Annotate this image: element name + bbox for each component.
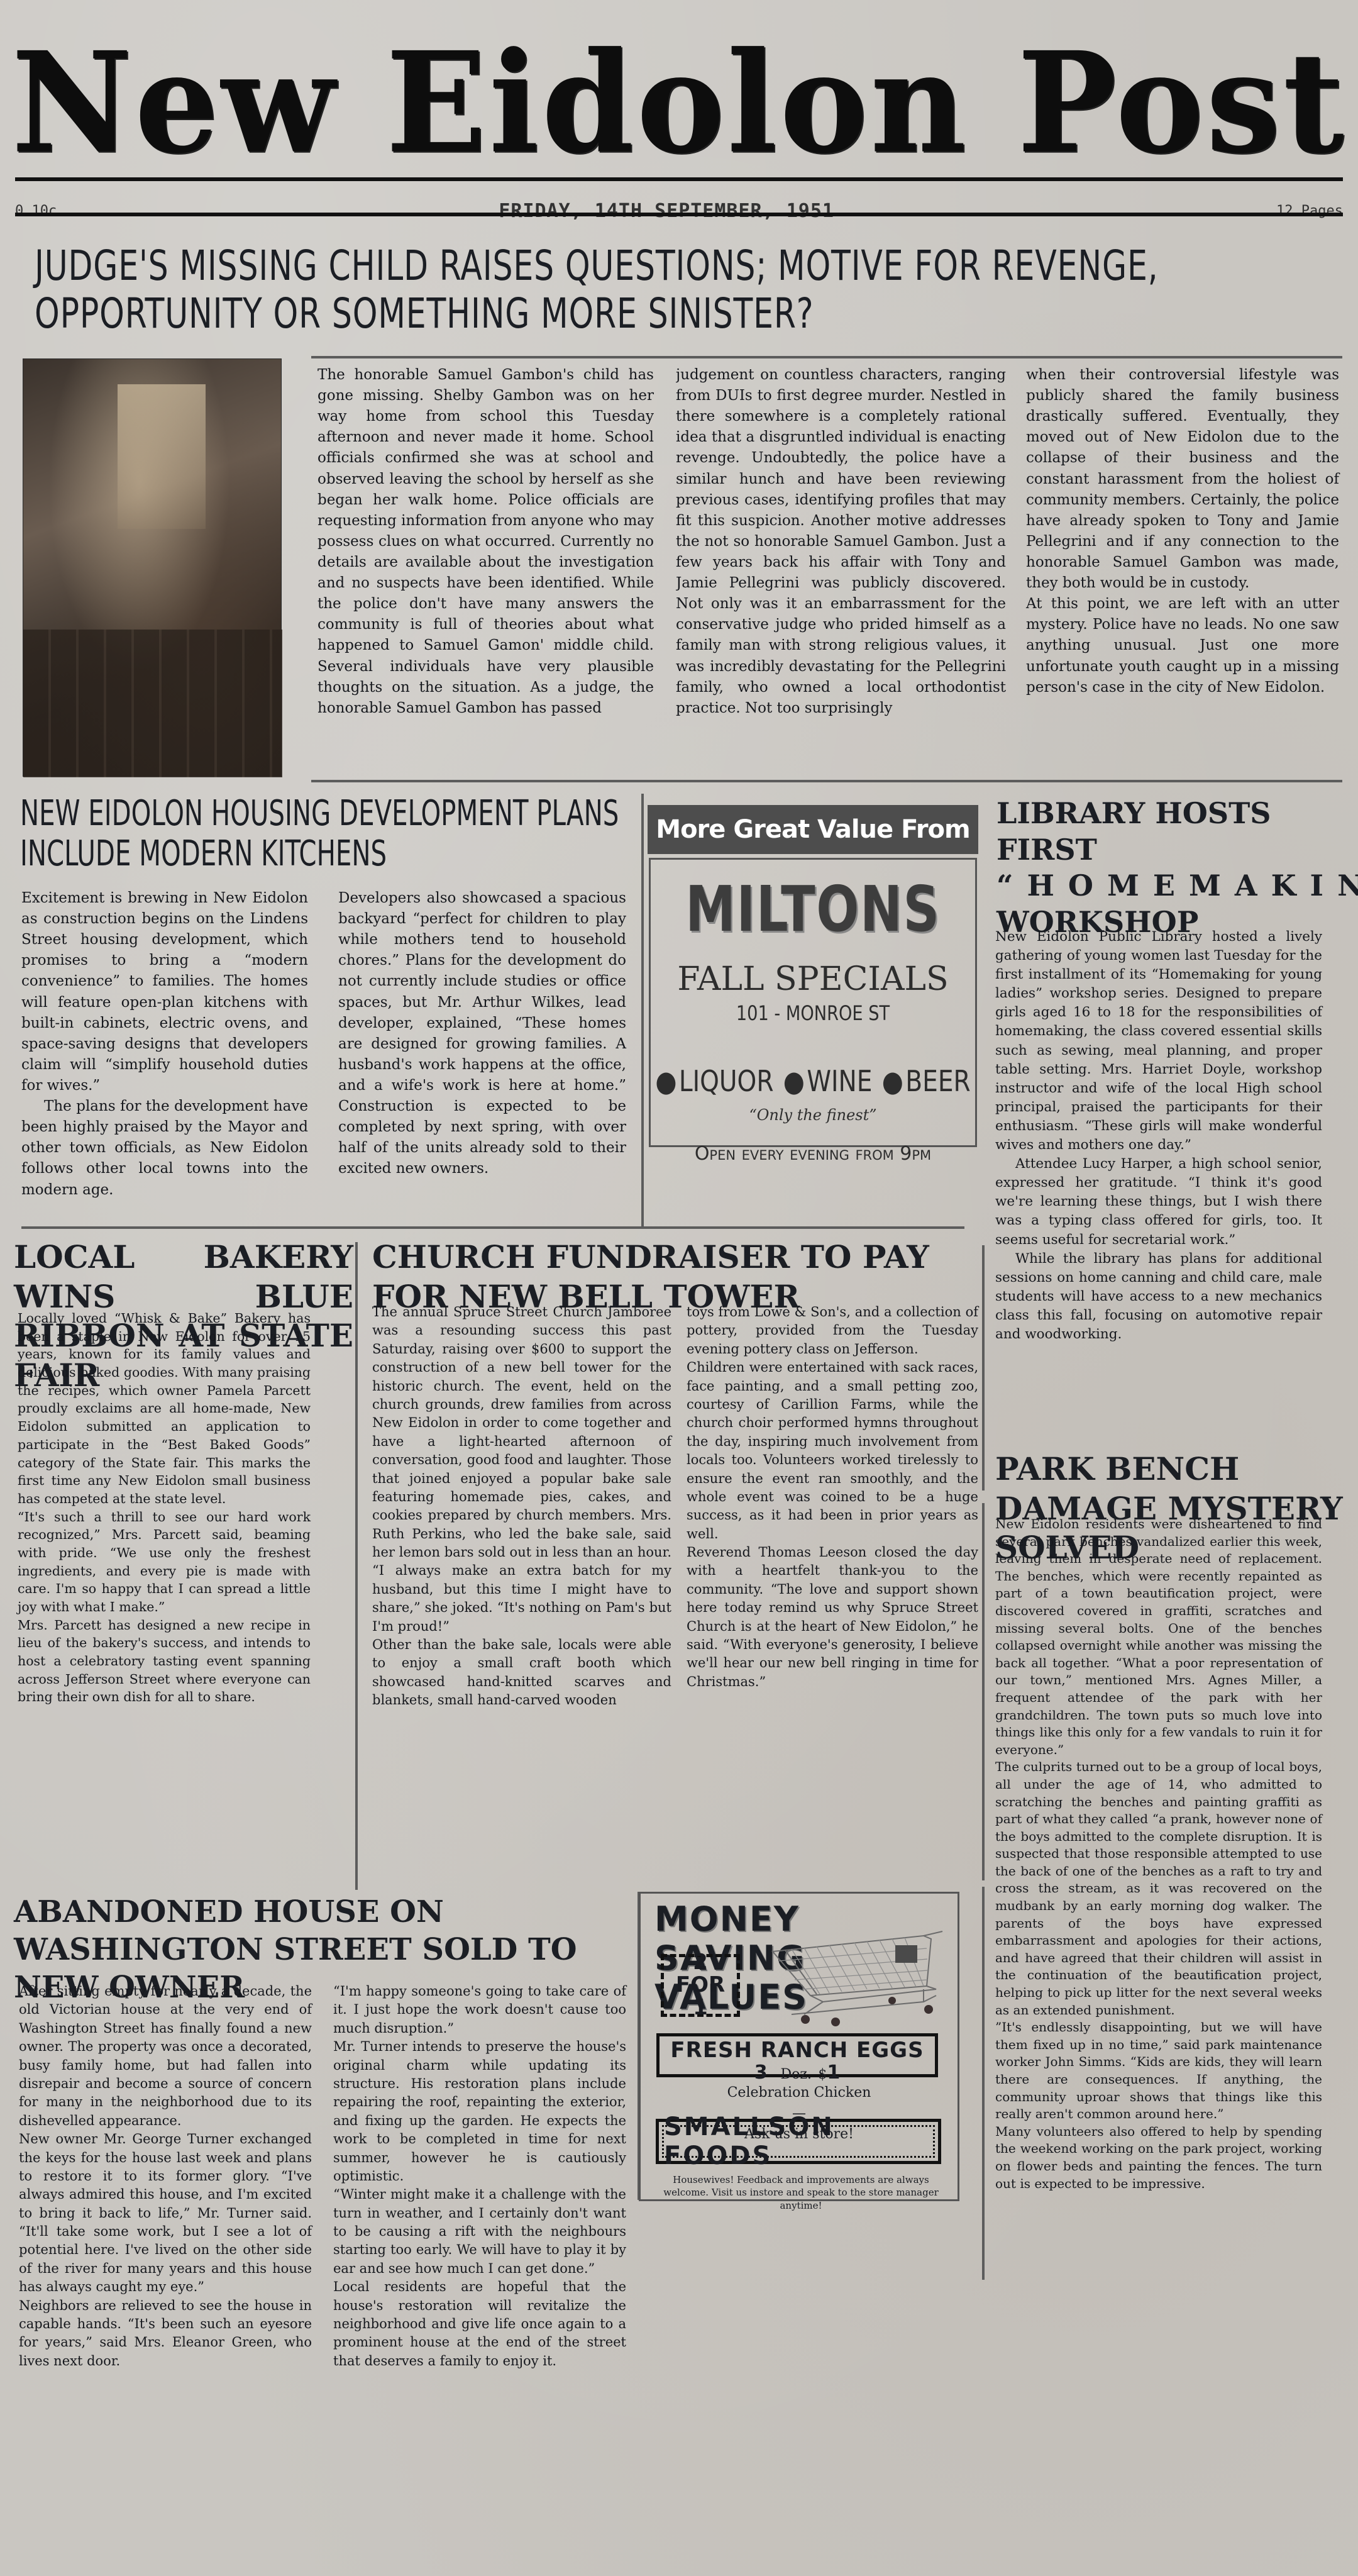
drinks-list: LIQUOR WINE BEER (675, 1064, 951, 1098)
church-column-2: toys from Lowe & Son's, and a collection… (687, 1303, 978, 1691)
fresh-eggs-offer: FRESH RANCH EGGS 3 Doz. $1 (656, 2033, 938, 2077)
two-for-one-badge: 2 FOR 1 (661, 1954, 740, 2017)
section-rule (21, 1226, 964, 1229)
eggs-unit: Doz. (780, 2067, 811, 2082)
housing-headline: NEW EIDOLON HOUSING DEVELOPMENT PLANS IN… (20, 794, 644, 875)
house-paragraph-2: New owner Mr. George Turner exchanged th… (19, 2130, 312, 2297)
column-divider (982, 1887, 985, 2280)
miltons-banner: More Great Value From (648, 805, 978, 854)
house-paragraph-5: Mr. Turner intends to preserve the house… (333, 2038, 626, 2185)
lead-column-1: The honorable Samuel Gambon's child has … (317, 365, 654, 774)
drink-item: LIQUOR (655, 1064, 773, 1098)
eggs-currency: $ (818, 2067, 827, 2082)
dateline-bar: 0.10c FRIDAY, 14TH SEPTEMBER, 1951 12 Pa… (15, 192, 1343, 230)
lead-headline: JUDGE'S MISSING CHILD RAISES QUESTIONS; … (35, 242, 1339, 338)
miltons-logo: MILTONS (683, 872, 943, 946)
park-paragraph-4: Many volunteers also offered to help by … (995, 2123, 1322, 2192)
house-column-1: After sitting empty for nearly a decade,… (19, 1982, 312, 2370)
lead-column-2: judgement on countless characters, rangi… (676, 365, 1006, 774)
church-paragraph-1: The annual Spruce Street Church Jamboree… (372, 1303, 671, 1636)
newspaper-masthead: New Eidolon Post (0, 21, 1358, 184)
housing-column-1: Excitement is brewing in New Eidolon as … (21, 888, 308, 1201)
drink-item: WINE (783, 1064, 873, 1098)
column-divider (982, 1503, 985, 1880)
library-paragraph-3: While the library has plans for addition… (995, 1250, 1322, 1344)
library-paragraph-1: New Eidolon Public Library hosted a live… (995, 928, 1322, 1155)
housing-column-2: Developers also showcased a spacious bac… (338, 888, 626, 1180)
library-headline-line-2: “HOMEMAKING” (996, 868, 1349, 904)
column-divider (355, 1242, 358, 1890)
bakery-paragraph-2: “It's such a thrill to see our hard work… (18, 1508, 311, 1616)
lead-bottom-rule (311, 780, 1342, 782)
smallson-ad: MONEY SAVING VALUES 2 FOR 1 (639, 1892, 959, 2201)
eggs-quantity: 3 (754, 2062, 768, 2084)
housing-paragraph-1: Excitement is brewing in New Eidolon as … (21, 888, 308, 1096)
house-paragraph-7: Local residents are hopeful that the hou… (333, 2278, 626, 2370)
bakery-paragraph-3: Mrs. Parcett has designed a new recipe i… (18, 1616, 311, 1706)
house-column-2: “I'm happy someone's going to take care … (333, 1982, 626, 2370)
church-paragraph-5: Reverend Thomas Leeson closed the day wi… (687, 1543, 978, 1691)
miltons-ad: MILTONS FALL SPECIALS 101 - MONROE ST LI… (649, 858, 977, 1147)
lead-col3-paragraph-2: At this point, we are left with an utter… (1026, 594, 1339, 698)
photo-window-light (118, 384, 206, 529)
drink-item: BEER (882, 1064, 971, 1098)
masthead-bottom-rule (15, 213, 1343, 216)
church-paragraph-3: toys from Lowe & Son's, and a collection… (687, 1303, 978, 1358)
issue-date: FRIDAY, 14TH SEPTEMBER, 1951 (499, 200, 834, 222)
column-divider (641, 794, 644, 1228)
library-headline: LIBRARY HOSTS FIRST “HOMEMAKING” WORKSHO… (996, 796, 1349, 940)
lead-column-3: when their controversial lifestyle was p… (1026, 365, 1339, 698)
church-column-1: The annual Spruce Street Church Jamboree… (372, 1303, 671, 1710)
bakery-paragraph-1: Locally loved “Whisk & Bake” Bakery has … (18, 1309, 311, 1508)
housing-paragraph-2: The plans for the development have been … (21, 1096, 308, 1201)
miltons-tagline: “Only the finest” (651, 1106, 975, 1124)
church-paragraph-2: Other than the bake sale, locals were ab… (372, 1636, 671, 1710)
park-paragraph-3: ”It's endlessly disappointing, but we wi… (995, 2019, 1322, 2123)
smallson-foods-logo: SMALLSON FOODS (656, 2119, 941, 2164)
miltons-address: 101 - MONROE ST (675, 1001, 951, 1025)
house-paragraph-6: “Winter might make it a challenge with t… (333, 2185, 626, 2278)
house-paragraph-4: “I'm happy someone's going to take care … (333, 1982, 626, 2038)
eggs-price: 1 (827, 2062, 840, 2084)
fall-specials: FALL SPECIALS (651, 960, 975, 998)
library-headline-line-1: LIBRARY HOSTS FIRST (996, 796, 1349, 868)
lead-photo (23, 358, 282, 777)
feedback-note: Housewives! Feedback and improvements ar… (651, 2173, 951, 2212)
library-article: New Eidolon Public Library hosted a live… (995, 928, 1322, 1344)
church-paragraph-4: Children were entertained with sack race… (687, 1358, 978, 1543)
miltons-hours: Open every evening from 9pm (651, 1143, 975, 1165)
photo-pews (23, 630, 282, 777)
bakery-article: Locally loved “Whisk & Bake” Bakery has … (18, 1309, 311, 1706)
shopping-cart-icon (766, 1926, 949, 2027)
house-paragraph-1: After sitting empty for nearly a decade,… (19, 1982, 312, 2130)
lead-top-rule (311, 356, 1342, 358)
lead-col3-paragraph-1: when their controversial lifestyle was p… (1026, 365, 1339, 594)
park-paragraph-2: The culprits turned out to be a group of… (995, 1758, 1322, 2019)
park-article: New Eidolon residents were disheartened … (995, 1516, 1322, 2192)
library-paragraph-2: Attendee Lucy Harper, a high school seni… (995, 1155, 1322, 1249)
park-paragraph-1: New Eidolon residents were disheartened … (995, 1516, 1322, 1758)
masthead-top-rule (15, 177, 1343, 181)
house-paragraph-3: Neighbors are relieved to see the house … (19, 2297, 312, 2371)
